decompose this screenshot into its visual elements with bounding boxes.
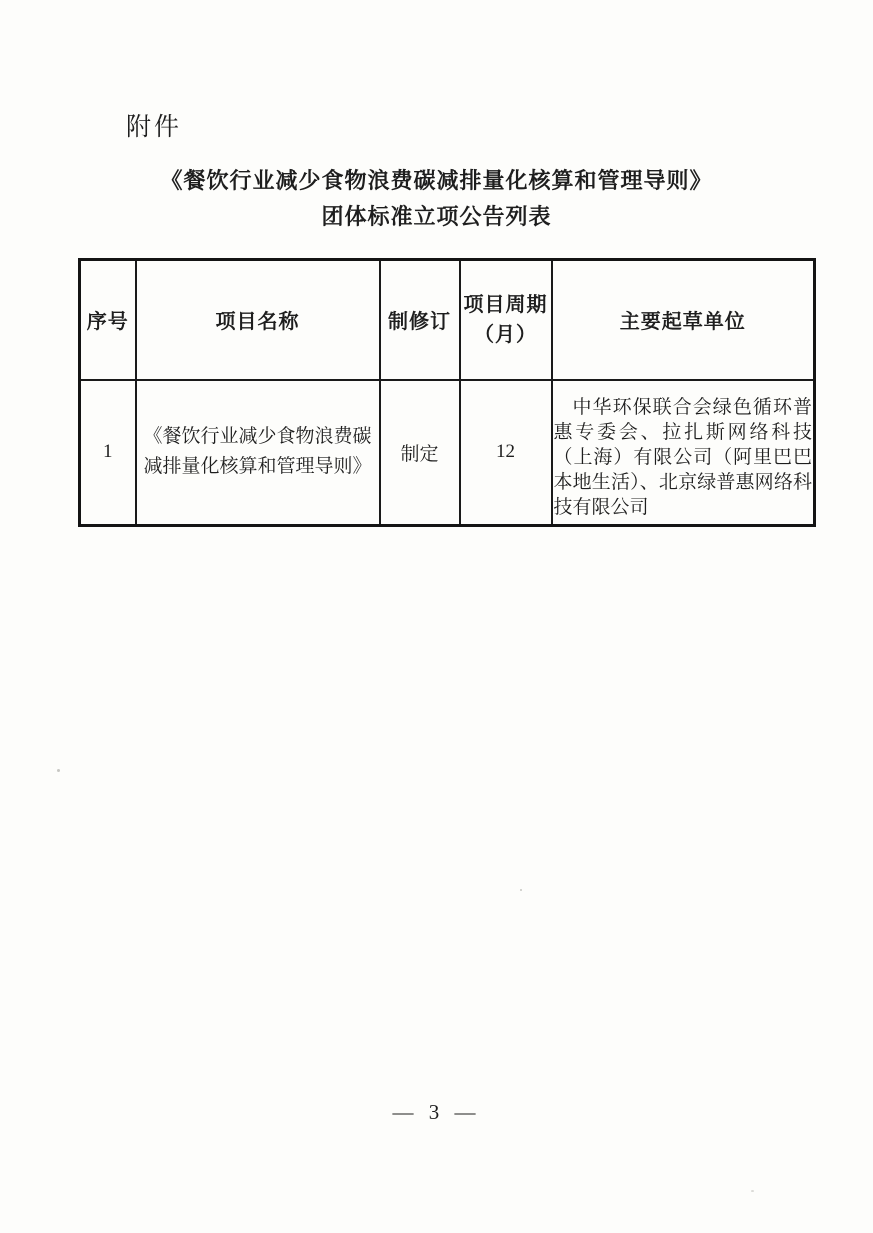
standards-table: 序号 项目名称 制修订 项目周期 （月） 主要起草单位 1 《餐饮行业减少食物浪… bbox=[78, 258, 816, 527]
col-header-revision-type: 制修订 bbox=[380, 260, 460, 380]
scan-speck bbox=[57, 769, 60, 772]
col-header-drafting-units: 主要起草单位 bbox=[552, 260, 815, 380]
document-page: { "document": { "attachment_label": "附件"… bbox=[0, 0, 873, 1233]
page-number: — 3 — bbox=[0, 1100, 873, 1125]
cell-period-months: 12 bbox=[460, 380, 552, 526]
cell-index: 1 bbox=[80, 380, 136, 526]
cell-project-name: 《餐饮行业减少食物浪费碳减排量化核算和管理导则》 bbox=[136, 380, 380, 526]
document-title: 《餐饮行业减少食物浪费碳减排量化核算和管理导则》 团体标准立项公告列表 bbox=[0, 163, 873, 235]
col-header-index: 序号 bbox=[80, 260, 136, 380]
document-title-line1: 《餐饮行业减少食物浪费碳减排量化核算和管理导则》 bbox=[0, 163, 873, 199]
cell-revision-type: 制定 bbox=[380, 380, 460, 526]
scan-speck bbox=[520, 889, 522, 891]
attachment-label: 附件 bbox=[126, 107, 182, 143]
document-title-line2: 团体标准立项公告列表 bbox=[0, 199, 873, 235]
table-header-row: 序号 项目名称 制修订 项目周期 （月） 主要起草单位 bbox=[80, 260, 815, 380]
col-header-period-months: 项目周期 （月） bbox=[460, 260, 552, 380]
col-header-project-name: 项目名称 bbox=[136, 260, 380, 380]
cell-drafting-units: 中华环保联合会绿色循环普惠专委会、拉扎斯网络科技（上海）有限公司（阿里巴巴本地生… bbox=[552, 380, 815, 526]
scan-speck bbox=[751, 1190, 754, 1192]
table-row: 1 《餐饮行业减少食物浪费碳减排量化核算和管理导则》 制定 12 中华环保联合会… bbox=[80, 380, 815, 526]
